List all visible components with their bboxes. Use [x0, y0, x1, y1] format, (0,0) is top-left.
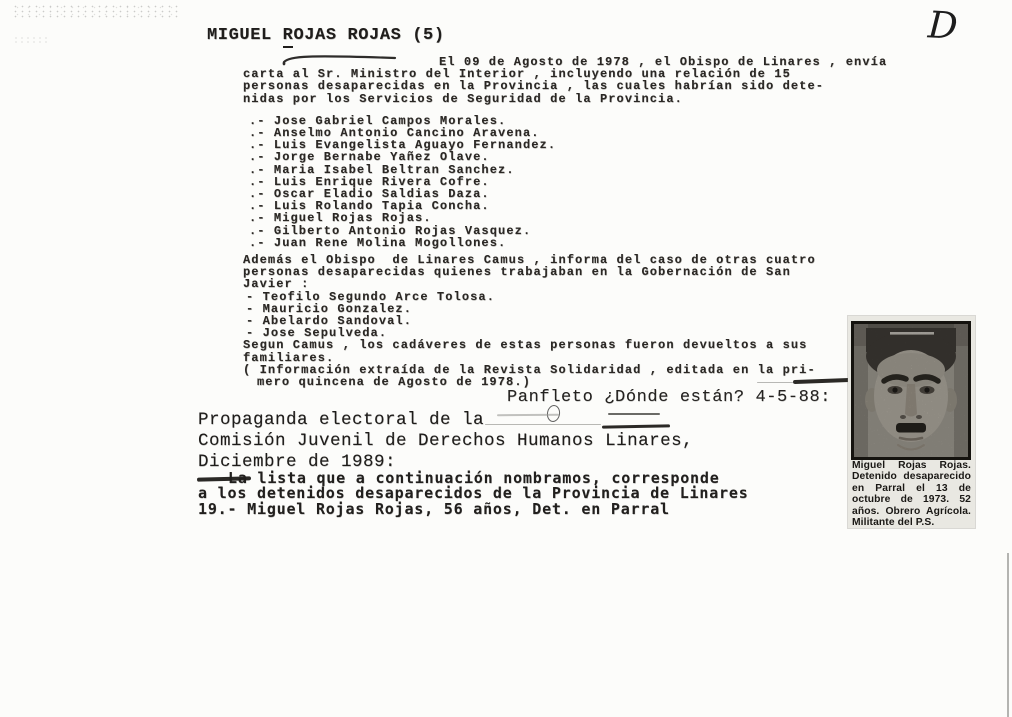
report-line: nidas por los Servicios de Seguridad de … — [243, 93, 923, 105]
photo-caption: Miguel Rojas Rojas. Detenido desaparecid… — [852, 460, 971, 528]
title-part-pre: MIGUEL — [207, 26, 283, 45]
report-paragraph-closing: Segun Camus , los cadáveres de estas per… — [243, 339, 923, 363]
report-source-note: ( Información extraída de la Revista Sol… — [243, 364, 923, 388]
report-paragraph-san-javier: Además el Obispo de Linares Camus , info… — [243, 254, 923, 291]
propaganda-heading-line: Comisión Juvenil de Derechos Humanos Lin… — [198, 431, 693, 452]
san-javier-list: - Teofilo Segundo Arce Tolosa. - Maurici… — [246, 291, 923, 340]
scan-noise — [12, 4, 180, 20]
detainee-name: .- Maria Isabel Beltran Sanchez. — [249, 164, 923, 176]
detainee-name: .- Juan Rene Molina Mogollones. — [249, 237, 923, 249]
scan-noise — [13, 36, 51, 44]
propaganda-heading: Propaganda electoral de la Comisión Juve… — [198, 410, 693, 473]
title-part-rest: OJAS ROJAS (5) — [293, 26, 444, 45]
pamphlet-heading: Panfleto ¿Dónde están? 4-5-88: — [507, 388, 831, 407]
propaganda-body-line: 19.- Miguel Rojas Rojas, 56 años, Det. e… — [198, 502, 749, 517]
report-line: personas desaparecidas quienes trabajaba… — [243, 266, 923, 278]
detainee-name: .- Gilberto Antonio Rojas Vasquez. — [249, 225, 923, 237]
report-line: Javier : — [243, 278, 923, 290]
detainee-name: .- Jorge Bernabe Yañez Olave. — [249, 151, 923, 163]
scan-edge-artifact — [1007, 553, 1009, 717]
report-line: personas desaparecidas en la Provincia ,… — [243, 80, 923, 92]
handwritten-letter-d: D — [927, 3, 959, 47]
portrait-photo-drawing — [854, 324, 968, 457]
pen-underline — [757, 382, 793, 383]
report-line: Segun Camus , los cadáveres de estas per… — [243, 339, 923, 351]
detainee-name: .- Miguel Rojas Rojas. — [249, 212, 923, 224]
title-underlined-letter: R — [283, 26, 294, 48]
newspaper-clipping: Miguel Rojas Rojas. Detenido desaparecid… — [848, 316, 975, 528]
typed-report: El 09 de Agosto de 1978 , el Obispo de L… — [243, 56, 923, 388]
portrait-photo — [851, 321, 971, 460]
propaganda-heading-line: Propaganda electoral de la — [198, 410, 693, 431]
report-paragraph-intro: El 09 de Agosto de 1978 , el Obispo de L… — [243, 56, 923, 105]
document-title: MIGUEL ROJAS ROJAS (5) — [207, 26, 445, 45]
scanned-document-page: D MIGUEL ROJAS ROJAS (5) El 09 de Agosto… — [0, 0, 1012, 717]
detainees-list: .- Jose Gabriel Campos Morales. .- Ansel… — [249, 115, 923, 249]
propaganda-body: La lista que a continuación nombramos, c… — [198, 471, 749, 517]
